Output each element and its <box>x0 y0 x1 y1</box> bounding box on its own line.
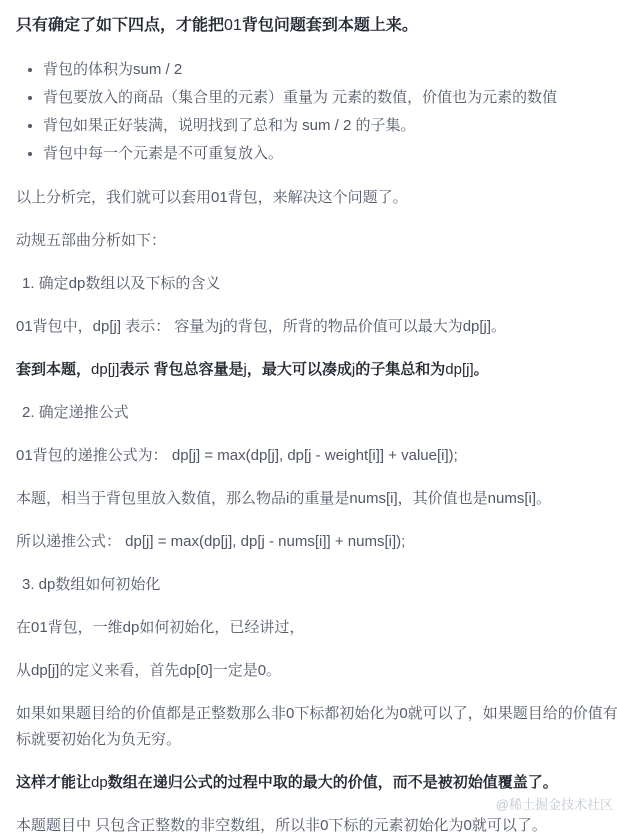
text-run: 背包问题套到本题上来。 <box>242 17 418 34</box>
text-run: 数组在递归公式的过程中取的最大的价值，而不是被初始值覆盖了。 <box>108 774 558 791</box>
text-run: 的子集总和为 <box>355 361 445 378</box>
paragraph-item-weight-value: 本题，相当于背包里放入数值，那么物品i的重量是nums[i]，其价值也是nums… <box>16 486 617 512</box>
text-run-latin: 01 <box>224 17 242 34</box>
text-run: 。 <box>474 361 489 378</box>
text-run: 只有确定了如下四点，才能把 <box>16 17 224 34</box>
paragraph-init-conclusion-bold: 这样才能让dp数组在递归公式的过程中取的最大的价值，而不是被初始值覆盖了。 <box>16 770 617 796</box>
condition-item: 背包中每一个元素是不可重复放入。 <box>43 140 617 168</box>
text-run-latin: dp <box>91 774 108 791</box>
paragraph-dp0-zero: 从dp[j]的定义来看，首先dp[0]一定是0。 <box>16 658 617 684</box>
intro-bold-paragraph: 只有确定了如下四点，才能把01背包问题套到本题上来。 <box>16 12 617 39</box>
watermark: @稀土掘金技术社区 <box>496 797 613 812</box>
paragraph-recurrence-01: 01背包的递推公式为： dp[j] = max(dp[j], dp[j - we… <box>16 443 617 469</box>
paragraph-dpj-this-problem-bold: 套到本题，dp[j]表示 背包总容量是j，最大可以凑成j的子集总和为dp[j]。 <box>16 357 617 383</box>
paragraph-dpj-meaning: 01背包中，dp[j] 表示： 容量为j的背包，所背的物品价值可以最大为dp[j… <box>16 314 617 340</box>
paragraph-this-problem-init: 本题题目中 只包含正整数的非空数组，所以非0下标的元素初始化为0就可以了。 <box>16 813 617 836</box>
condition-item: 背包的体积为sum / 2 <box>43 56 617 84</box>
step-1-title: 1. 确定dp数组以及下标的含义 <box>16 271 617 297</box>
text-run-latin: dp[j] <box>445 361 473 378</box>
paragraph-five-steps: 动规五部曲分析如下： <box>16 228 617 254</box>
text-run: 表示 背包总容量是 <box>119 361 243 378</box>
condition-item: 背包如果正好装满，说明找到了总和为 sum / 2 的子集。 <box>43 112 617 140</box>
paragraph-recurrence-this: 所以递推公式： dp[j] = max(dp[j], dp[j - nums[i… <box>16 529 617 555</box>
text-run: 这样才能让 <box>16 774 91 791</box>
step-2-title: 2. 确定递推公式 <box>16 400 617 426</box>
paragraph-init-positive: 如果如果题目给的价值都是正整数那么非0下标都初始化为0就可以了，如果题目给的价值… <box>16 701 617 753</box>
article-body: 只有确定了如下四点，才能把01背包问题套到本题上来。 背包的体积为sum / 2… <box>0 12 617 836</box>
conditions-list: 背包的体积为sum / 2 背包要放入的商品（集合里的元素）重量为 元素的数值，… <box>16 56 617 168</box>
paragraph-init-mentioned: 在01背包，一维dp如何初始化，已经讲过， <box>16 615 617 641</box>
article-viewport: 只有确定了如下四点，才能把01背包问题套到本题上来。 背包的体积为sum / 2… <box>0 0 617 836</box>
text-run: 套到本题， <box>16 361 91 378</box>
condition-item: 背包要放入的商品（集合里的元素）重量为 元素的数值，价值也为元素的数值 <box>43 84 617 112</box>
text-run: ，最大可以凑成 <box>247 361 352 378</box>
paragraph-analysis-done: 以上分析完，我们就可以套用01背包，来解决这个问题了。 <box>16 185 617 211</box>
text-run-latin: dp[j] <box>91 361 119 378</box>
step-3-title: 3. dp数组如何初始化 <box>16 572 617 598</box>
